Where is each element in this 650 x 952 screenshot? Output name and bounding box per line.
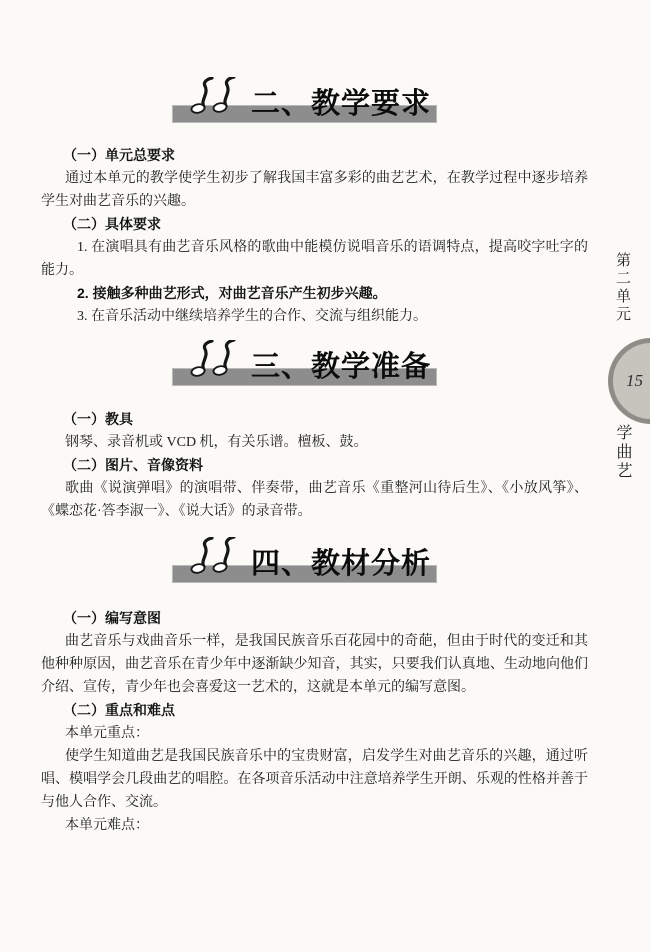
section-banner-teaching-preparation: 三、教学准备 <box>172 368 437 386</box>
text-paragraph: 钢琴、录音机或 VCD 机，有关乐谱。檀板、鼓。 <box>41 431 588 454</box>
section-body-teaching-requirements: （一）单元总要求通过本单元的教学使学生初步了解我国丰富多彩的曲艺艺术，在教学过程… <box>41 144 588 328</box>
banner-title: 二、教学要求 <box>251 90 431 119</box>
banner-title: 四、教材分析 <box>251 550 431 579</box>
section-banner-teaching-requirements: 二、教学要求 <box>172 105 437 123</box>
text-paragraph: 歌曲《说演弹唱》的演唱带、伴奏带，曲艺音乐《重整河山待后生》、《小放风筝》、《蝶… <box>41 477 588 523</box>
page-number: 15 <box>626 371 643 391</box>
section-heading: （一）教具 <box>41 408 588 431</box>
section-heading: （一）编写意图 <box>41 607 588 630</box>
banner-title: 三、教学准备 <box>251 353 431 382</box>
text-paragraph: 使学生知道曲艺是我国民族音乐中的宝贵财富，启发学生对曲艺音乐的兴趣，通过听唱、模… <box>41 745 588 814</box>
section-heading: （二）重点和难点 <box>41 699 588 722</box>
text-paragraph: 本单元难点： <box>41 814 588 837</box>
section-body-material-analysis: （一）编写意图曲艺音乐与戏曲音乐一样，是我国民族音乐百花园中的奇葩，但由于时代的… <box>41 607 588 837</box>
book-page: 二、教学要求 （一）单元总要求通过本单元的教学使学生初步了解我国丰富多彩的曲艺艺… <box>0 0 650 952</box>
section-heading: （二）图片、音像资料 <box>41 454 588 477</box>
section-banner-material-analysis: 四、教材分析 <box>172 565 437 583</box>
sidebar-unit-label: 第二单元 <box>612 252 633 324</box>
text-paragraph: 曲艺音乐与戏曲音乐一样，是我国民族音乐百花园中的奇葩，但由于时代的变迁和其他种种… <box>41 630 588 699</box>
text-paragraph: 2. 接触多种曲艺形式，对曲艺音乐产生初步兴趣。 <box>41 282 588 305</box>
sidebar-unit-title: 学曲艺 <box>611 424 634 481</box>
music-notes-icon <box>186 340 236 380</box>
music-notes-icon <box>186 77 236 117</box>
section-heading: （一）单元总要求 <box>41 144 588 167</box>
text-paragraph: 3. 在音乐活动中继续培养学生的合作、交流与组织能力。 <box>41 305 588 328</box>
text-paragraph: 本单元重点： <box>41 722 588 745</box>
text-paragraph: 1. 在演唱具有曲艺音乐风格的歌曲中能模仿说唱音乐的语调特点，提高咬字吐字的能力… <box>41 236 588 282</box>
section-body-teaching-preparation: （一）教具钢琴、录音机或 VCD 机，有关乐谱。檀板、鼓。（二）图片、音像资料歌… <box>41 408 588 523</box>
section-heading: （二）具体要求 <box>41 213 588 236</box>
music-notes-icon <box>186 537 236 577</box>
page-number-badge: 15 <box>608 338 650 424</box>
text-paragraph: 通过本单元的教学使学生初步了解我国丰富多彩的曲艺艺术，在教学过程中逐步培养学生对… <box>41 167 588 213</box>
